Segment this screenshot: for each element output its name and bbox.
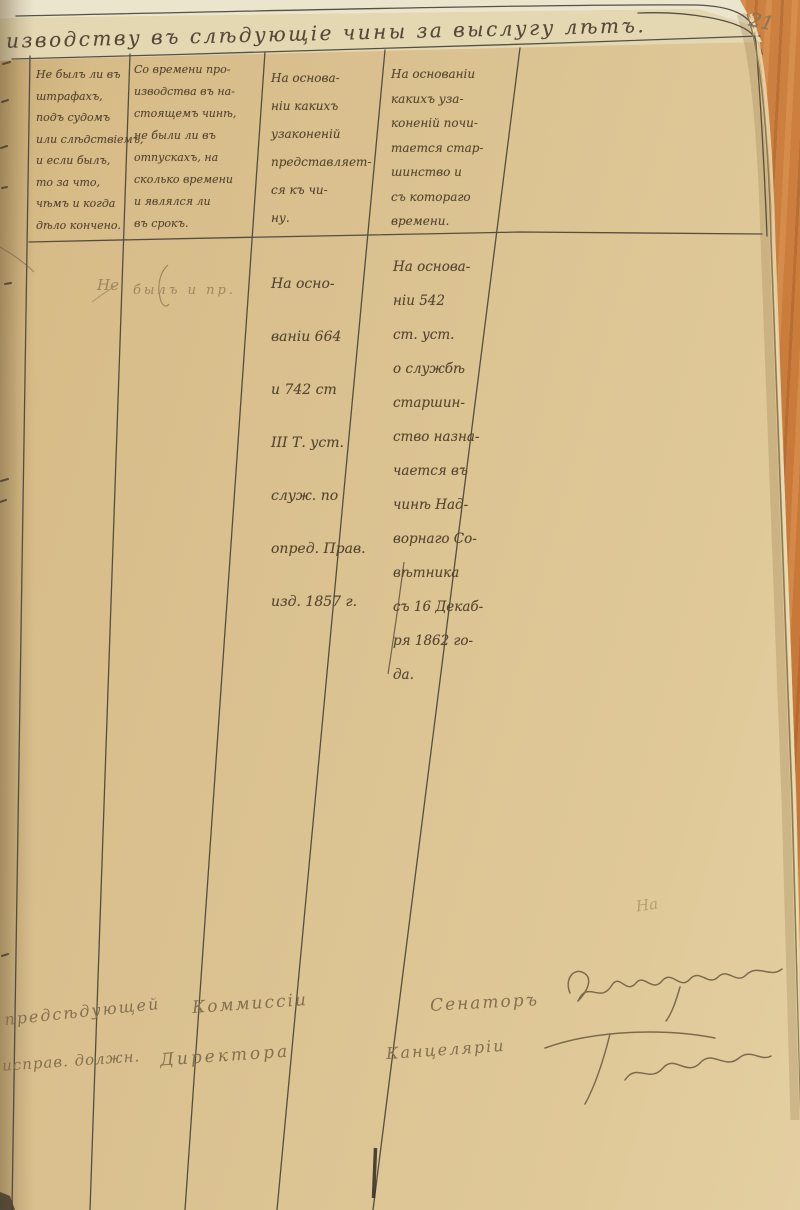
handwritten-line: чѣмъ и когда <box>36 193 130 215</box>
handwritten-line: чинѣ Над- <box>393 488 519 522</box>
handwritten-line: штрафахъ, <box>36 86 130 108</box>
handwritten-line: времени. <box>391 209 519 234</box>
handwritten-line: отпускахъ, на <box>134 147 264 169</box>
handwritten-line: На осно- <box>271 258 385 311</box>
handwritten-line: Не былъ ли въ <box>36 64 130 86</box>
handwritten-line: какихъ уза- <box>391 87 519 112</box>
document-scan: изводству въ слѣдующіе чины за выслугу л… <box>0 0 800 1210</box>
column-header-legal-basis: На основа-ніи какихъузаконенійпредставля… <box>271 64 383 232</box>
handwritten-line: узаконеній <box>271 120 383 148</box>
director-signature <box>515 1010 775 1110</box>
handwritten-line: вѣтника <box>393 556 519 590</box>
handwritten-line: о службѣ <box>393 352 519 386</box>
handwritten-line: ст. уст. <box>393 318 519 352</box>
cell-penalties: Не <box>97 276 119 294</box>
handwritten-line: На основа- <box>271 64 383 92</box>
folio-number: 21 <box>747 9 775 36</box>
table-left-border <box>12 56 30 1210</box>
handwritten-line: ваніи 664 <box>271 311 385 364</box>
handwritten-line: сколько времени <box>134 169 264 191</box>
handwritten-line: Со времени про- <box>134 59 264 81</box>
handwritten-line: III Т. уст. <box>271 417 385 470</box>
handwritten-line: На основа- <box>393 250 519 284</box>
cell-seniority: На основа-ніи 542ст. уст.о службѣстаршин… <box>393 250 519 692</box>
handwritten-line: и если былъ, <box>36 150 130 172</box>
handwritten-line: да. <box>393 658 519 692</box>
handwritten-line: опред. Прав. <box>271 523 385 576</box>
handwritten-line: представляет- <box>271 148 383 176</box>
handwritten-line: въ срокъ. <box>134 213 264 235</box>
handwritten-line: или слѣдствіемъ, <box>36 129 130 151</box>
cell-since-promotion: былъ и пр. <box>133 283 236 298</box>
handwritten-line: и являлся ли <box>134 191 264 213</box>
ink-blot-on-rule <box>374 1148 376 1198</box>
column-header-since-promotion: Со времени про-изводства въ на-стоящемъ … <box>134 59 264 235</box>
handwritten-line: чается въ <box>393 454 519 488</box>
cell-legal-basis: На осно-ваніи 664и 742 стIII Т. уст.служ… <box>271 258 385 629</box>
handwritten-line: изд. 1857 г. <box>271 576 385 629</box>
handwritten-line: то за что, <box>36 172 130 194</box>
handwritten-line: ство назна- <box>393 420 519 454</box>
handwritten-line: съ 16 Декаб- <box>393 590 519 624</box>
handwritten-line: На основаніи <box>391 62 519 87</box>
handwritten-line: ніи какихъ <box>271 92 383 120</box>
handwritten-line: старшин- <box>393 386 519 420</box>
handwritten-line: съ котораго <box>391 185 519 210</box>
handwritten-line: дѣло кончено. <box>36 215 130 237</box>
pencil-note: На <box>635 895 659 916</box>
handwritten-line: ну. <box>271 204 383 232</box>
handwritten-line: ніи 542 <box>393 284 519 318</box>
handwritten-line: подъ судомъ <box>36 107 130 129</box>
handwritten-line: тается стар- <box>391 136 519 161</box>
column-header-penalties: Не былъ ли въштрафахъ,подъ судомъили слѣ… <box>36 64 130 236</box>
stray-stroke <box>0 247 34 272</box>
handwritten-line: не были ли въ <box>134 125 264 147</box>
handwritten-line: изводства въ на- <box>134 81 264 103</box>
binding-marks <box>0 62 11 956</box>
handwritten-line: служ. по <box>271 470 385 523</box>
handwritten-line: стоящемъ чинѣ, <box>134 103 264 125</box>
handwritten-line: ворнаго Со- <box>393 522 519 556</box>
handwritten-line: ся къ чи- <box>271 176 383 204</box>
handwritten-line: коненій почи- <box>391 111 519 136</box>
handwritten-line: ря 1862 го- <box>393 624 519 658</box>
column-header-seniority-basis: На основаніикакихъ уза-коненій почи-тает… <box>391 62 519 234</box>
handwritten-line: и 742 ст <box>271 364 385 417</box>
handwritten-line: шинство и <box>391 160 519 185</box>
